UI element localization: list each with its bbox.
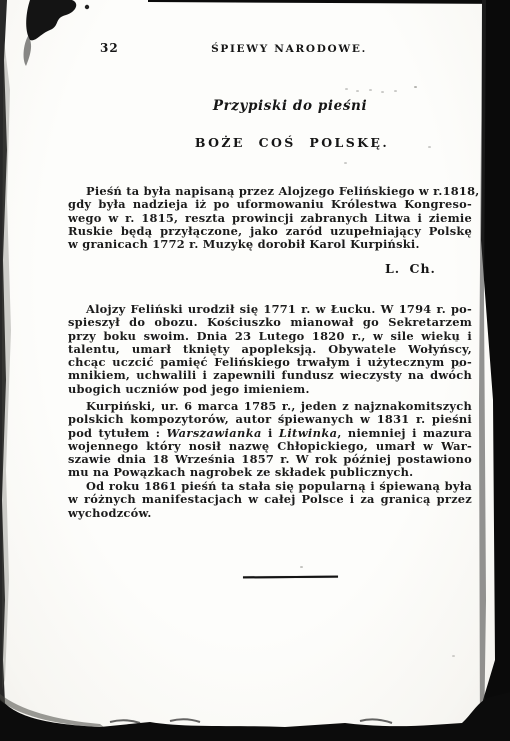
text-line: spieszył do obozu. Kościuszko mianował g… [68, 316, 472, 329]
text-line: w granicach 1772 r. Muzykę dorobił Karol… [68, 238, 472, 251]
text-line: Kurpiński, ur. 6 marca 1785 r., jeden z … [68, 400, 472, 413]
popularity-paragraph: Od roku 1861 pieśń ta stała się popularn… [68, 480, 472, 520]
text-line: ubogich uczniów pod jego imieniem. [68, 383, 472, 396]
text-line: przy boku swoim. Dnia 23 Lutego 1820 r.,… [68, 330, 472, 343]
text-line: mnikiem, uchwalili i zapewnili fundusz w… [68, 369, 472, 382]
ink-speck [344, 162, 347, 164]
text-line: wojennego który nosił nazwę Chłopickiego… [68, 440, 472, 453]
text-line: Od roku 1861 pieśń ta stała się popularn… [68, 480, 472, 493]
ink-speck [356, 90, 359, 92]
song-title: BOŻE COŚ POLSKĘ. [82, 135, 502, 150]
text-line: Alojzy Feliński urodził się 1771 r. w Łu… [68, 303, 472, 316]
scanned-book-page: 32 ŚPIEWY NARODOWE. Przypiski do pieśni … [0, 0, 510, 741]
text-line: gdy była nadzieja iż po uformowaniu Król… [68, 198, 472, 211]
ink-speck [458, 365, 461, 367]
ink-speck [456, 420, 459, 422]
ink-speck [300, 566, 303, 568]
ink-speck [369, 89, 372, 91]
section-divider-rule [243, 576, 338, 579]
ink-speck [345, 88, 348, 90]
text-line: Pieśń ta była napisaną przez Alojzego Fe… [68, 185, 472, 198]
section-subtitle: Przypiski do pieśni [80, 98, 500, 114]
text-line: pod tytułem : Warszawianka i Litwinka, n… [68, 427, 472, 440]
kurpinski-biography-paragraph: Kurpiński, ur. 6 marca 1785 r., jeden z … [68, 400, 472, 480]
felinski-biography-paragraph: Alojzy Feliński urodził się 1771 r. w Łu… [68, 303, 472, 396]
ink-speck [428, 146, 431, 148]
text-line: wychodzców. [68, 507, 472, 520]
ink-speck [455, 340, 458, 342]
text-line: mu na Powązkach nagrobek ze składek publ… [68, 466, 472, 479]
text-line: talentu, umarł tknięty apopleksją. Obywa… [68, 343, 472, 356]
text-line: szawie dnia 18 Września 1857 r. W rok pó… [68, 453, 472, 466]
ink-speck [414, 86, 417, 88]
running-head: ŚPIEWY NARODOWE. [79, 43, 499, 55]
text-line: w różnych manifestacjach w całej Polsce … [68, 493, 472, 506]
note-signature: L. Ch. [385, 261, 436, 276]
text-line: Ruskie będą przyłączone, jako zaród uzup… [68, 225, 472, 238]
note-paragraph: Pieśń ta była napisaną przez Alojzego Fe… [68, 185, 472, 251]
ink-speck [381, 91, 384, 93]
text-line: polskich kompozytorów, autor śpiewanych … [68, 413, 472, 426]
ink-speck [394, 90, 397, 92]
ink-speck [452, 655, 455, 657]
text-line: wego w r. 1815, reszta prowincji zabrany… [68, 212, 472, 225]
text-line: chcąc uczcić pamięć Felińskiego trwałym … [68, 356, 472, 369]
